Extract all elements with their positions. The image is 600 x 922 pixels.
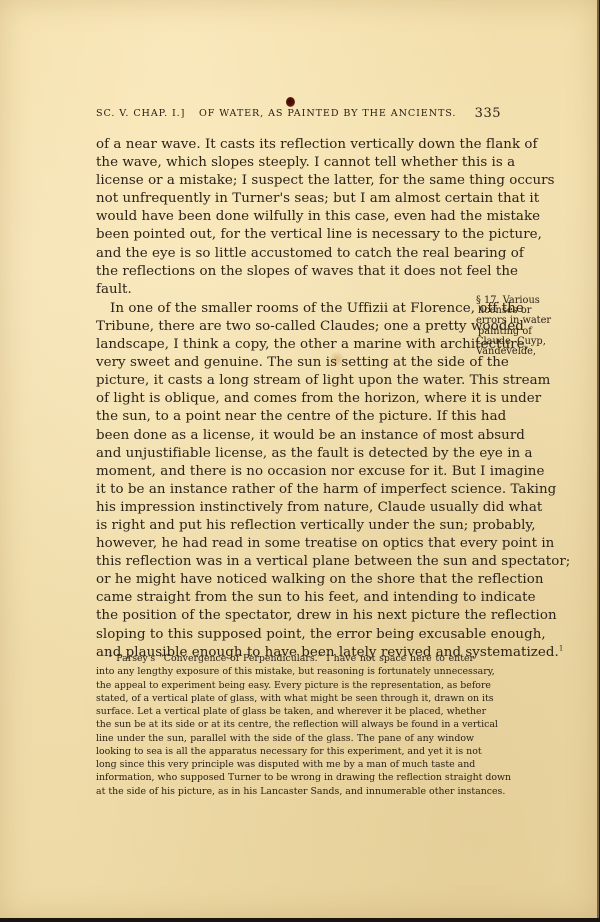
book-page: SC. V. CHAP. I.] OF WATER, AS PAINTED BY… (0, 0, 599, 918)
text-line: been done as a license, it would be an i… (96, 427, 474, 445)
text-line: his impression instinctively from nature… (96, 499, 474, 517)
text-line: and the eye is so little accustomed to c… (96, 245, 474, 263)
text-line: license or a mistake; I suspect the latt… (96, 172, 474, 190)
text-line: came straight from the sun to his feet, … (96, 589, 474, 607)
text-line: the reflections on the slopes of waves t… (96, 263, 474, 281)
footnote: 1 Parsey's “Convergence of Perpendicular… (96, 652, 474, 798)
paragraph-2: In one of the smaller rooms of the Uffiz… (96, 300, 474, 662)
text-line: of a near wave. It casts its reflection … (96, 136, 474, 154)
footnote-line: stated, of a vertical plate of glass, wi… (96, 692, 474, 705)
footnote-reference[interactable]: 1 (559, 644, 564, 652)
section-reference: SC. V. CHAP. I.] (96, 108, 185, 119)
text-line: or he might have noticed walking on the … (96, 571, 474, 589)
text-line: very sweet and genuine. The sun is setti… (96, 354, 474, 372)
ink-blot-mark (286, 97, 295, 107)
text-line: In one of the smaller rooms of the Uffiz… (96, 300, 474, 318)
text-line: not unfrequently in Turner's seas; but I… (96, 190, 474, 208)
footnote-line-content: Parsey's “Convergence of Perpendiculars.… (116, 653, 474, 664)
text-line: fault. (96, 281, 474, 299)
footnote-line: the appeal to experiment being easy. Eve… (96, 679, 474, 692)
footnote-line: into any lengthy exposure of this mistak… (96, 665, 474, 678)
text-line: would have been done wilfully in this ca… (96, 208, 474, 226)
footnote-line: the sun be at its side or at its centre,… (96, 718, 474, 731)
main-text: of a near wave. It casts its reflection … (96, 136, 474, 662)
footnote-line: surface. Let a vertical plate of glass b… (96, 705, 474, 718)
text-line: picture, it casts a long stream of light… (96, 372, 474, 390)
page-number: 335 (475, 106, 501, 121)
marginal-note: § 17. Various licenses or errors in wate… (476, 296, 596, 357)
footnote-line: line under the sun, parallel with the si… (96, 732, 474, 745)
footnote-line: long since this very principle was dispu… (96, 758, 474, 771)
text-line: Tribune, there are two so-called Claudes… (96, 318, 474, 336)
footnote-marker: 1 (108, 651, 112, 659)
text-line: sloping to this supposed point, the erro… (96, 626, 474, 644)
text-line: it to be an instance rather of the harm … (96, 481, 474, 499)
marginal-note-line: Vandevelde, (476, 347, 596, 357)
text-line: moment, and there is no occasion nor exc… (96, 463, 474, 481)
text-line: this reflection was in a vertical plane … (96, 553, 474, 571)
footnote-line: information, who supposed Turner to be w… (96, 771, 474, 784)
text-line: and unjustifiable license, as the fault … (96, 445, 474, 463)
text-line: the sun, to a point near the centre of t… (96, 408, 474, 426)
text-line: the wave, which slopes steeply. I cannot… (96, 154, 474, 172)
text-line: of light is oblique, and comes from the … (96, 390, 474, 408)
footnote-line: 1 Parsey's “Convergence of Perpendicular… (96, 652, 474, 665)
running-head: SC. V. CHAP. I.] OF WATER, AS PAINTED BY… (96, 108, 501, 124)
text-line: landscape, I think a copy, the other a m… (96, 336, 474, 354)
text-line: however, he had read in some treatise on… (96, 535, 474, 553)
text-line: is right and put his reflection vertical… (96, 517, 474, 535)
footnote-line: looking to sea is all the apparatus nece… (96, 745, 474, 758)
text-line: been pointed out, for the vertical line … (96, 226, 474, 244)
footnote-line: at the side of his picture, as in his La… (96, 785, 474, 798)
chapter-title: OF WATER, AS PAINTED BY THE ANCIENTS. (199, 108, 456, 119)
paragraph-1: of a near wave. It casts its reflection … (96, 136, 474, 299)
text-line: the position of the spectator, drew in h… (96, 607, 474, 625)
